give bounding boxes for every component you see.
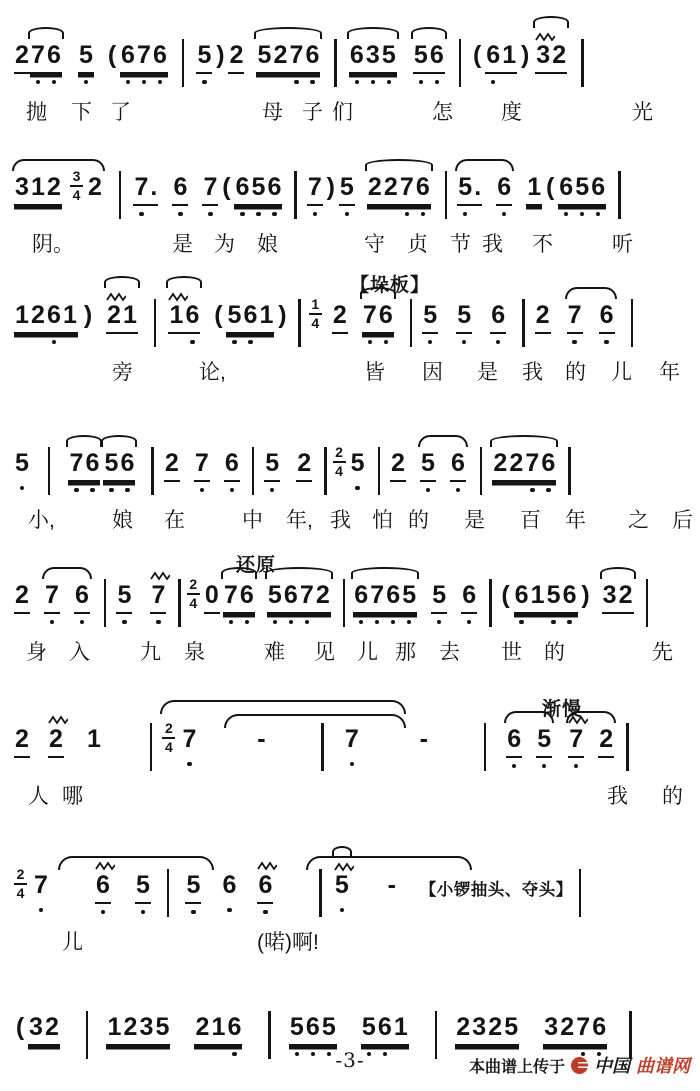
octave-dot [190,340,195,345]
note-token: 5 [420,450,436,493]
note-digits: 5 [431,582,447,614]
time-sig-denominator: 4 [311,316,319,330]
digit: 2 [164,450,180,478]
slur-arc [533,16,569,28]
digit: 6 [184,302,200,330]
note-digits: 76 [362,302,394,334]
dot-slot [62,339,78,345]
octave-dots [450,487,466,493]
digit: 7 [307,174,323,202]
dot-slot [250,211,266,217]
digit: 7 [567,302,583,330]
digit: 5 [413,42,429,70]
octave-dots [514,619,578,625]
note-digits: 7 [202,174,218,206]
grace-paren: ) [519,42,531,72]
octave-dot [39,908,44,913]
notes-row: 2765(6765)2527663556(61)32 [14,12,696,87]
dot-slot [590,211,606,217]
octave-dots [33,907,49,913]
time-sig-denominator: 4 [189,596,197,610]
dot-slot [599,339,615,345]
lyric-text: 我 [482,228,503,258]
time-sig-numerator: 2 [17,867,25,881]
octave-dots [536,763,552,769]
octave-dots [120,79,168,85]
note-token: 6 [221,872,237,913]
digit: ) [214,42,226,70]
dot-slot [485,79,501,85]
grace-paren: ( [471,42,483,72]
digit: 2 [272,42,288,70]
octave-dot [407,620,412,625]
digit: 6 [353,582,369,610]
octave-dots [264,487,280,493]
note-token: 2 [87,174,103,204]
digit: 7 [30,42,46,70]
grace-paren: ( [220,174,232,204]
note-digits: 5 [422,302,438,334]
octave-dot [84,80,89,85]
dot-slot [530,619,546,625]
octave-dots [267,619,331,625]
digit: 2 [46,174,62,202]
note-digits: 2276 [492,450,556,482]
octave-dot [109,488,114,493]
lyric-text: 贞 [407,228,428,258]
octave-dot [294,80,299,85]
octave-dot [375,620,380,625]
octave-dot [289,620,294,625]
trill-icon [95,858,115,868]
digit: 5 [546,582,562,610]
lyrics-row: 人哪我的 [14,780,696,810]
digit: 3 [535,42,551,70]
dot-slot [119,487,135,493]
lyric-text: 怎 [432,96,453,126]
lyric-text: 的 [544,636,565,666]
grace-paren: ) [325,174,337,204]
dot-slot [288,79,304,85]
percussion-label: 【小锣抽头、夺头】 [420,876,573,900]
octave-dot [419,80,424,85]
digit: 2 [194,1014,210,1042]
octave-dot [139,212,144,217]
octave-dots [226,339,274,345]
trill-icon [535,29,555,39]
note-digits: 5 [339,174,355,206]
octave-dot [126,80,131,85]
digit: 7 [299,582,315,610]
lyric-text: 身 [26,636,47,666]
digit: 6 [377,1014,393,1042]
dot-slot [84,487,100,493]
barline [104,579,106,627]
grace-paren: ) [214,42,226,72]
dot-slot [194,487,210,493]
note-digits: ( [500,582,512,612]
octave-dot [355,486,360,491]
octave-dots [224,487,240,493]
octave-dot [208,212,213,217]
digit: 5 [256,42,272,70]
digit: 5 [14,450,30,478]
lyric-text: 先 [652,636,673,666]
octave-dots [567,339,583,345]
time-sig-numerator: 1 [311,297,319,311]
octave-dots [196,79,212,85]
digit: ) [519,42,531,70]
lyric-text: 哪 [62,780,83,810]
note-digits: 7 [568,726,584,758]
slur-arc [66,435,102,447]
barline [568,447,570,495]
time-signature: 24 [333,445,346,478]
octave-dots [492,487,556,493]
dot-slot [508,487,524,493]
dot-slot [242,339,258,345]
digit: 6 [485,42,501,70]
digit: 7 [181,726,197,754]
dot-slot [429,79,445,85]
octave-dots [116,619,132,625]
note-token: 5 [14,450,30,491]
digit: - [412,726,436,754]
barline [324,447,326,495]
digit: 5 [381,42,397,70]
time-sig-denominator: 4 [17,886,25,900]
digit: 6 [450,450,466,478]
octave-dot [435,80,440,85]
slur-arc [566,711,616,723]
dot-slot [399,211,415,217]
note-token: 7 [44,582,60,625]
note-token: 6 [74,582,90,625]
octave-dot [52,340,57,345]
note-digits: 32 [28,1014,60,1046]
note-digits: 6 [496,174,512,206]
lyric-text: 为 [214,228,235,258]
dot-slot [264,487,280,493]
slur-arc [565,287,617,299]
note-digits: 7 [181,726,197,756]
note-token: 56 [413,42,445,85]
octave-dot [156,620,161,625]
note-digits: 5 [14,450,30,480]
note-token: 56 [103,450,135,493]
octave-dot [350,762,355,767]
note-token: 7 [194,450,210,493]
note-digits: 5 [185,872,201,904]
digit: 6 [590,174,606,202]
note-digits: ( [106,42,118,72]
time-signature: 24 [162,721,175,754]
note-digits: ) [276,302,288,332]
digit: 5 [420,450,436,478]
barline [48,447,50,495]
score-line: 247655665-【小锣抽头、夺头】儿(喏)啊! [14,842,696,956]
note-token: 2276 [492,450,556,493]
barline [167,869,169,917]
note-digits: 6 [221,872,237,902]
digit: 6 [283,582,299,610]
note-token: 32 [28,1014,60,1046]
time-signature: 24 [14,867,27,900]
barline [484,723,486,771]
dot-slot [299,619,315,625]
octave-dot [437,620,442,625]
dot-slot [258,339,274,345]
lyric-text: 年 [659,356,680,386]
digit: 5 [154,1014,170,1042]
digit: 6 [378,302,394,330]
octave-dots [181,761,197,767]
trill-icon [334,859,354,869]
slur-arc [360,287,396,299]
slur-arc [490,435,558,447]
note-token: 2276 [367,174,431,217]
lyric-text: 怕 [372,504,393,534]
lyric-text: 儿 [357,636,378,666]
grace-paren: ( [106,42,118,72]
digit: 6 [120,42,136,70]
digit: 6 [257,872,273,900]
note-digits: 6 [506,726,522,758]
note-digits: 6 [224,450,240,482]
dot-slot [344,761,360,767]
digit: 7 [202,174,218,202]
octave-dot [496,340,501,345]
digit: 2 [487,1014,503,1042]
dot-slot [224,487,240,493]
digit: 1 [168,302,184,330]
octave-dots [339,211,355,217]
note-digits: 656 [558,174,606,206]
note-token: 2 [228,42,244,74]
barline [626,723,628,771]
note-digits: 5 [135,872,151,904]
octave-dots [44,619,60,625]
octave-dot [200,488,205,493]
note-digits: ( [212,302,224,332]
note-digits: ) [82,302,94,332]
digit: 6 [266,174,282,202]
lyric-text: 光 [632,96,653,126]
octave-dot [405,212,410,217]
digit: 5 [321,1014,337,1042]
dot-slot [450,487,466,493]
site-name-black: 中国 [594,1052,630,1078]
dot-slot [420,487,436,493]
note-digits: 561 [226,302,274,334]
note-group: 72 [568,726,614,769]
lyric-text: 见 [314,636,335,666]
octave-dot [456,488,461,493]
digit: 5 [289,1014,305,1042]
jianpu-score: 2765(6765)2527663556(61)32抛下了母子们怎度光31234… [0,0,700,1091]
note-token: 2 [332,302,348,334]
note-digits: 21 [106,302,138,334]
digit: 3 [28,1014,44,1042]
digit: ) [82,302,94,330]
note-digits: 6 [461,582,477,614]
digit: 1 [393,1014,409,1042]
lyric-text: 节 [450,228,471,258]
note-token: 76 [362,302,394,345]
dot-slot [135,909,151,915]
dot-slot [103,487,119,493]
digit: 6 [239,582,255,610]
note-token: 7 [344,726,360,767]
octave-dot [391,620,396,625]
digit: 2 [14,582,30,610]
note-digits: 656 [234,174,282,206]
digit: 6 [46,302,62,330]
note-token: 7 [33,872,49,913]
dot-slot [562,619,578,625]
note-token: 656 [558,174,606,217]
slur-arc [12,159,105,171]
note-token: 7 [567,302,583,345]
note-token: 1 [86,726,102,756]
slur-arc [504,711,554,723]
digit: 6 [152,42,168,70]
note-token: 6 [461,582,477,625]
dot-slot [350,485,366,491]
note-token: 2325 [455,1014,519,1046]
note-token: 5 [431,582,447,625]
digit: 5 [339,174,355,202]
score-line: 渐慢221247-7-6572人哪我的 [14,696,696,810]
slur-arc [600,567,636,579]
note-digits: ) [325,174,337,204]
octave-dot [101,910,106,915]
octave-dot [371,80,376,85]
digit: 7 [524,450,540,478]
note-token: 2 [14,726,30,758]
note-digits: 7 [344,726,360,756]
note-digits: 2 [48,726,64,758]
dot-slot [365,79,381,85]
lyric-text: 入 [69,636,90,666]
note-digits: 6156 [514,582,578,614]
octave-dots [234,211,282,217]
octave-dot [387,80,392,85]
dot-slot [413,79,429,85]
note-digits: 6 [450,450,466,482]
octave-dot [463,212,468,217]
dot-slot [568,763,584,769]
digit: 2 [228,42,244,70]
octave-dot [230,488,235,493]
note-digits: 2 [228,42,244,74]
lyrics-row: 小,娘在中年,我怕的是百年之后 [14,504,696,534]
dot-slot [540,487,556,493]
digit: 2 [559,1014,575,1042]
octave-dot [462,340,467,345]
dot-slot [78,79,94,85]
octave-dots [506,763,522,769]
octave-dot [270,488,275,493]
digit: ) [580,582,592,610]
note-token: 2 [164,450,180,482]
dot-slot [574,211,590,217]
digit: 2 [14,726,30,754]
digit: 1 [530,582,546,610]
barline [445,171,447,219]
digit: 2 [315,582,331,610]
barline [343,579,345,627]
digit: 7 [575,1014,591,1042]
octave-dots [568,763,584,769]
digit: 3 [14,174,30,202]
site-logo-icon [571,1057,588,1074]
barline [334,39,336,87]
digit: 1 [122,302,138,330]
slur-arc [101,435,137,447]
digit: 5 [350,450,366,478]
dot-slot [14,339,30,345]
digit: 2 [383,174,399,202]
note-token: 6 [224,450,240,493]
octave-dot [227,908,232,913]
barline [581,39,583,87]
notes-row: 247655665-【小锣抽头、夺头】 [14,842,696,917]
note-token: 5 [196,42,212,85]
note-token: 1 [526,174,542,206]
note-token: 1261 [14,302,78,345]
octave-dot [519,620,524,625]
digit: 6 [599,302,615,330]
dot-slot [422,339,438,345]
octave-dots [362,339,394,345]
dot-slot [490,339,506,345]
slur-arc [254,27,322,39]
digit: 6 [490,302,506,330]
note-token: 2 [390,450,406,482]
lyric-text: (喏)啊! [257,926,319,956]
note-token: 6 [172,174,188,217]
dot-slot [558,211,574,217]
grace-paren: ( [212,302,224,332]
octave-dots [350,485,366,491]
note-token: 61 [485,42,517,85]
lyric-text: 人 [28,780,49,810]
note-token: 2 [48,726,64,758]
digit: ( [544,174,556,202]
lyric-text: 儿 [611,356,632,386]
octave-dot [36,80,41,85]
octave-dot [345,212,350,217]
time-signature: 14 [309,297,322,330]
note-digits: 5672 [267,582,331,614]
trill-icon [168,289,188,299]
octave-dots [256,79,320,85]
digit: 2 [390,450,406,478]
digit: 6 [226,1014,242,1042]
dot-slot [353,619,369,625]
lyric-text: 儿 [62,926,83,956]
barline [579,869,581,917]
digit: 0 [204,582,220,610]
dot-slot [74,619,90,625]
note-digits: 5 [334,872,350,902]
lyric-text: 听 [612,228,633,258]
digit: 5 [103,450,119,478]
digit: 6 [304,42,320,70]
note-digits: 5 [350,450,366,480]
digit: 6 [221,872,237,900]
